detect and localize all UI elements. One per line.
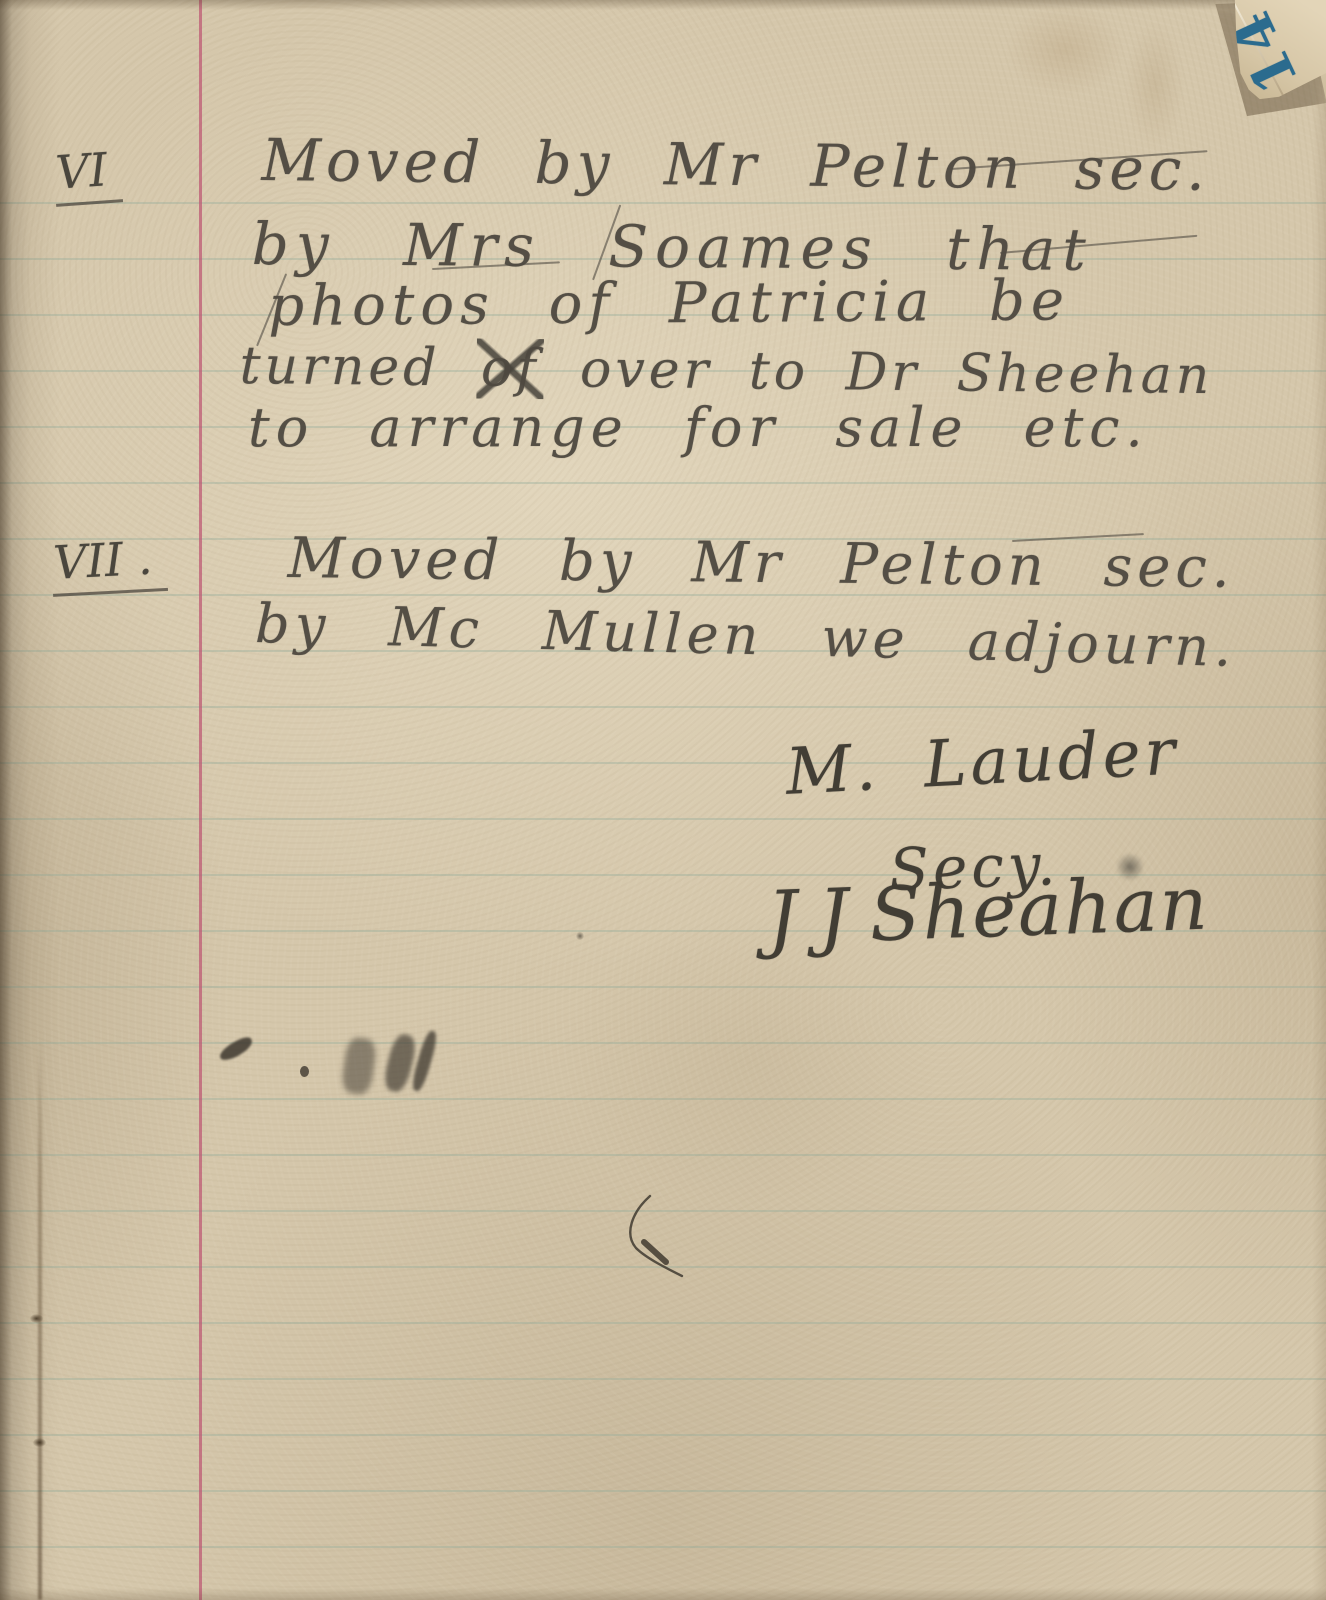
paper-stain (1000, 0, 1130, 100)
page-edge-shadow-top (0, 0, 1326, 10)
hair-fiber (614, 1192, 724, 1288)
stitch-hole (33, 1438, 46, 1447)
ledger-page: VI Moved by Mr Pelton sec. by Mrs Soames… (0, 0, 1326, 1600)
entry-vi-numeral: VI (52, 141, 123, 207)
entry-vi-line-5: to arrange for sale etc. (248, 396, 1149, 459)
entry-vi-line-3: photos of Patricia be (268, 268, 1070, 339)
ink-dot (576, 932, 584, 940)
entry-vi-line-1: Moved by Mr Pelton sec. (261, 126, 1210, 204)
entry-vi-line-4-before: turned (239, 336, 440, 398)
counter-signature: J J Sheahan (766, 861, 1211, 962)
crossed-out-word: of (477, 338, 544, 399)
stitch-hole (30, 1314, 43, 1323)
page-edge-shadow-right (1312, 0, 1326, 1600)
entry-vii-numeral: VII . (50, 530, 168, 597)
page-edge-shadow-left (0, 0, 60, 1600)
ink-smudge (300, 1066, 309, 1077)
margin-line (199, 0, 202, 1600)
page-edge-shadow-bottom (0, 1588, 1326, 1600)
ink-blot (1116, 852, 1144, 882)
